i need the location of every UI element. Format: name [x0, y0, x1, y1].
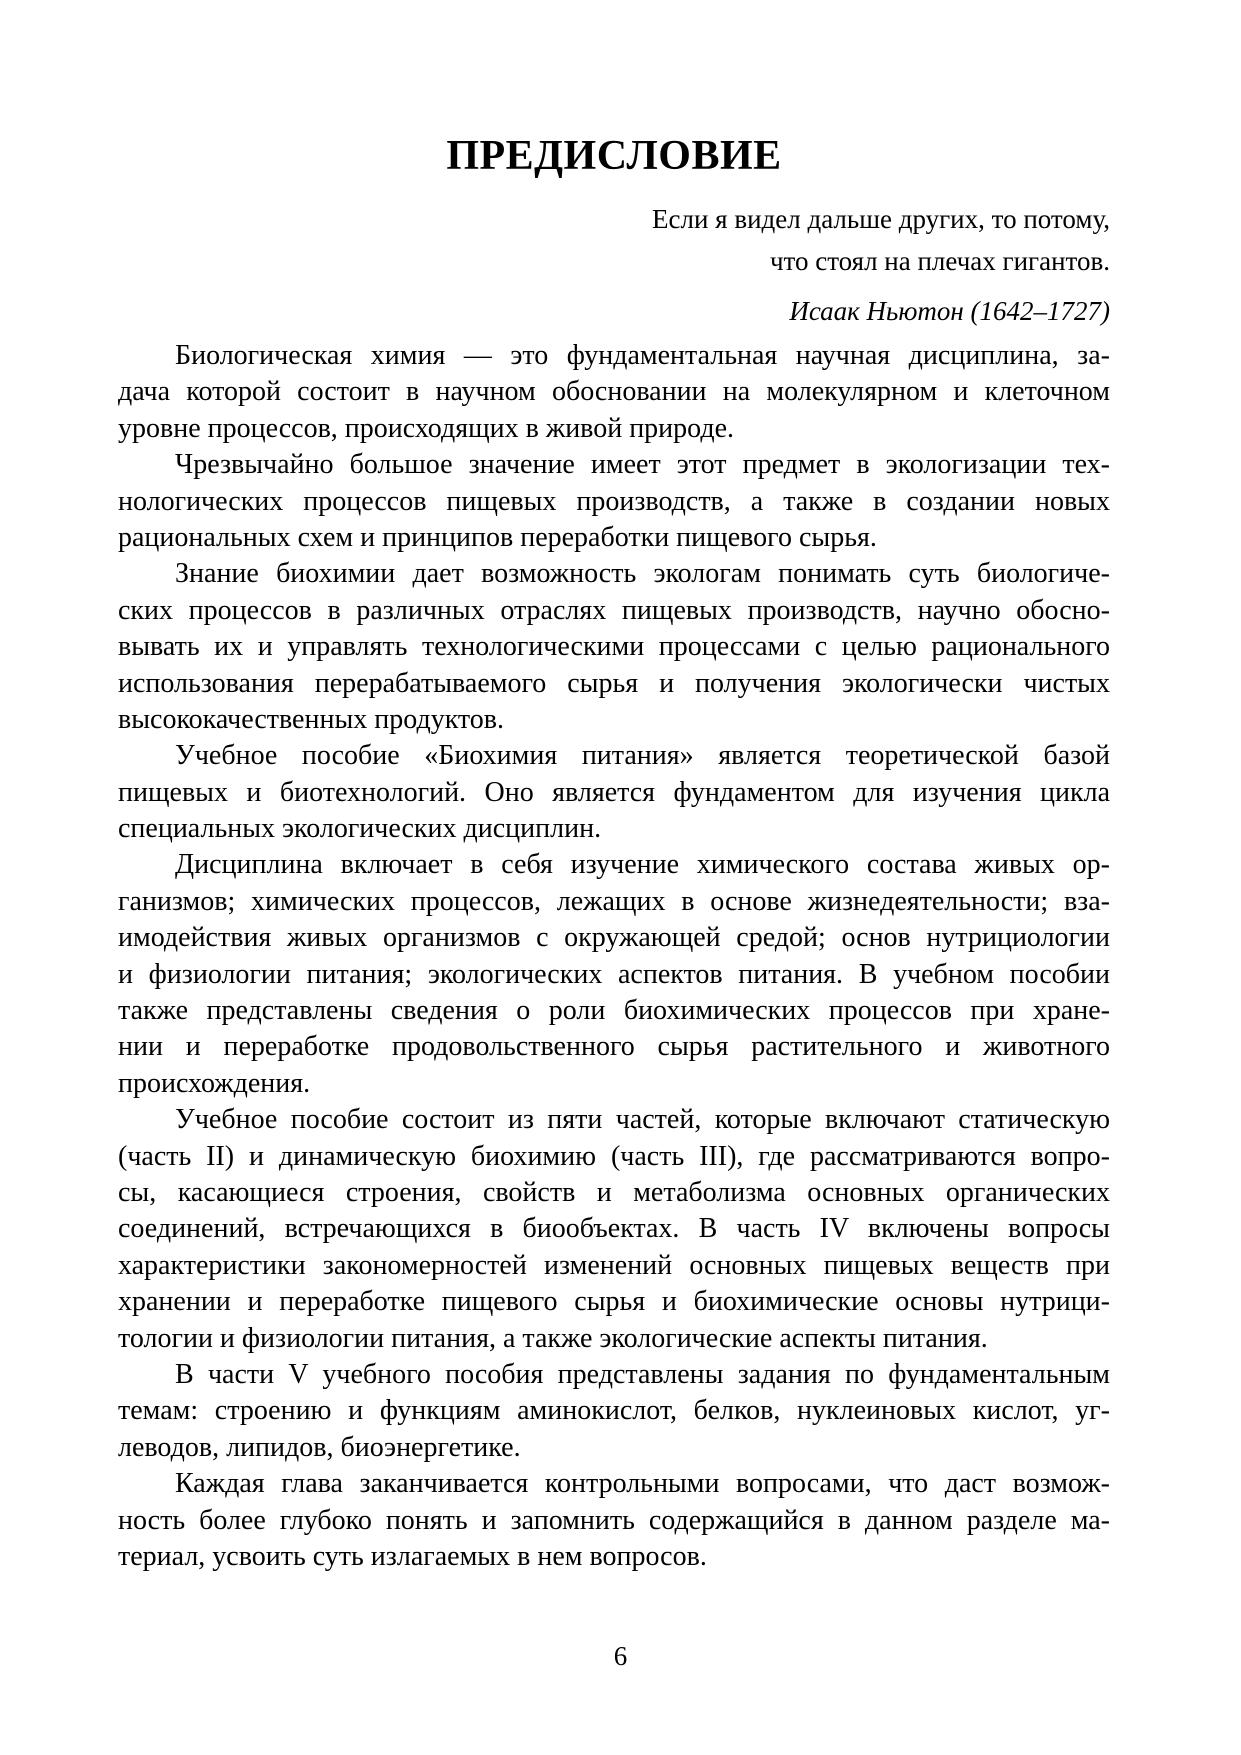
text-line: ских процессов в различных отраслях пище… — [118, 593, 1110, 629]
epigraph: Если я видел дальше других, то потому, ч… — [118, 198, 1110, 282]
text-line: ность более глубоко понять и запомнить с… — [118, 1503, 1110, 1539]
text-line: характеристики закономерностей изменений… — [118, 1248, 1110, 1284]
text-line: также представлены сведения о роли биохи… — [118, 993, 1110, 1029]
text-line: В части V учебного пособия представлены … — [118, 1357, 1110, 1393]
text-line: нологических процессов пищевых производс… — [118, 484, 1110, 520]
text-line: Учебное пособие «Биохимия питания» являе… — [118, 738, 1110, 774]
text-line: пищевых и биотехнологий. Оно является фу… — [118, 775, 1110, 811]
text-line: леводов, липидов, биоэнергетике. — [118, 1430, 1110, 1466]
text-line: (часть II) и динамическую биохимию (част… — [118, 1139, 1110, 1175]
paragraph: Учебное пособие состоит из пяти частей, … — [118, 1102, 1110, 1357]
epigraph-attribution: Исаак Ньютон (1642–1727) — [118, 290, 1110, 332]
epigraph-line: что стоял на плечах гигантов. — [118, 240, 1110, 282]
text-line: тологии и физиологии питания, а также эк… — [118, 1321, 1110, 1357]
text-line: нии и переработке продовольственного сыр… — [118, 1029, 1110, 1065]
body-text: Биологическая химия — это фундаментальна… — [118, 338, 1110, 1575]
text-block: ПРЕДИСЛОВИЕ Если я видел дальше других, … — [118, 135, 1110, 1575]
paragraph: Знание биохимии дает возможность эколога… — [118, 556, 1110, 738]
text-line: Учебное пособие состоит из пяти частей, … — [118, 1102, 1110, 1138]
text-line: уровне процессов, происходящих в живой п… — [118, 411, 1110, 447]
text-line: Дисциплина включает в себя изучение хими… — [118, 847, 1110, 883]
text-line: териал, усвоить суть излагаемых в нем во… — [118, 1539, 1110, 1575]
text-line: Каждая глава заканчивается контрольными … — [118, 1466, 1110, 1502]
epigraph-line: Если я видел дальше других, то потому, — [118, 198, 1110, 240]
text-line: Чрезвычайно большое значение имеет этот … — [118, 447, 1110, 483]
page-number: 6 — [0, 1638, 1241, 1674]
text-line: рациональных схем и принципов переработк… — [118, 520, 1110, 556]
text-line: темам: строению и функциям аминокислот, … — [118, 1393, 1110, 1429]
text-line: имодействия живых организмов с окружающе… — [118, 920, 1110, 956]
text-line: высококачественных продуктов. — [118, 702, 1110, 738]
text-line: сы, касающиеся строения, свойств и метаб… — [118, 1175, 1110, 1211]
text-line: Знание биохимии дает возможность эколога… — [118, 556, 1110, 592]
paragraph: Учебное пособие «Биохимия питания» являе… — [118, 738, 1110, 847]
text-line: происхождения. — [118, 1066, 1110, 1102]
text-line: Биологическая химия — это фундаментальна… — [118, 338, 1110, 374]
text-line: вывать их и управлять технологическими п… — [118, 629, 1110, 665]
paragraph: Каждая глава заканчивается контрольными … — [118, 1466, 1110, 1575]
paragraph: Чрезвычайно большое значение имеет этот … — [118, 447, 1110, 556]
text-line: ганизмов; химических процессов, лежащих … — [118, 884, 1110, 920]
paragraph: Дисциплина включает в себя изучение хими… — [118, 847, 1110, 1102]
paragraph: Биологическая химия — это фундаментальна… — [118, 338, 1110, 447]
text-line: использования перерабатываемого сырья и … — [118, 666, 1110, 702]
text-line: хранении и переработке пищевого сырья и … — [118, 1284, 1110, 1320]
text-line: соединений, встречающихся в биообъектах.… — [118, 1211, 1110, 1247]
text-line: и физиологии питания; экологических аспе… — [118, 957, 1110, 993]
document-page: ПРЕДИСЛОВИЕ Если я видел дальше других, … — [0, 0, 1241, 1755]
text-line: специальных экологических дисциплин. — [118, 811, 1110, 847]
page-title: ПРЕДИСЛОВИЕ — [118, 135, 1110, 177]
text-line: дача которой состоит в научном обоснован… — [118, 374, 1110, 410]
paragraph: В части V учебного пособия представлены … — [118, 1357, 1110, 1466]
